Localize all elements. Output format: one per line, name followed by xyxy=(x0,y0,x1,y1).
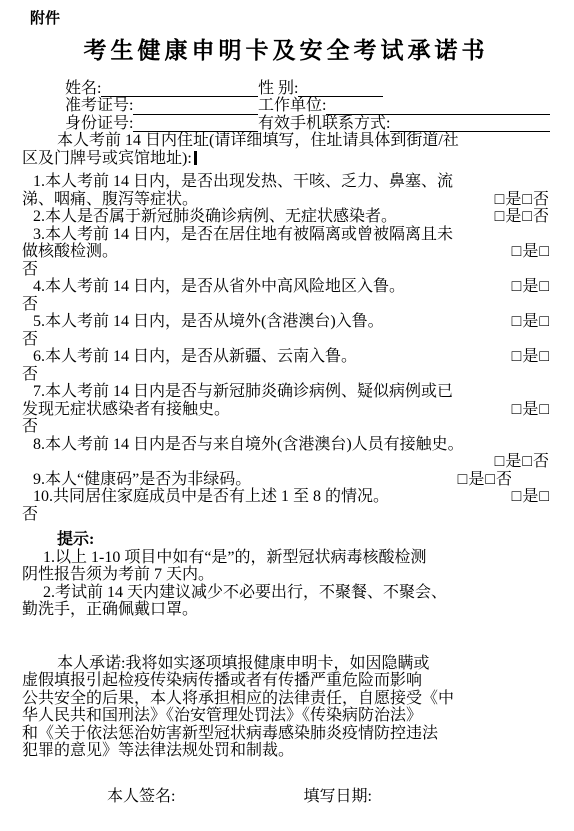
question-line-2: 2.本人是否属于新冠肺炎确诊病例、无症状感染者。□是□否 xyxy=(22,208,550,226)
pledge-line: 犯罪的意见》等法律法规处罚和制裁。 xyxy=(22,742,550,760)
yes-no-checkboxes-q4[interactable]: □是□ xyxy=(512,278,550,296)
phone-label: 有效手机联系方式: xyxy=(258,115,390,133)
work-unit-label: 工作单位: xyxy=(258,97,326,115)
question-text: 否 xyxy=(22,506,38,524)
question-line-3b: 做核酸检测。□是□ xyxy=(22,243,550,261)
ticket-number-field[interactable] xyxy=(133,100,258,115)
question-text: 做核酸检测。 xyxy=(22,243,118,261)
question-text: 发现无症状感染者有接触史。 xyxy=(22,401,230,419)
question-line-5b: 否 xyxy=(22,331,550,349)
question-text: 1.本人考前 14 日内，是否出现发热、干咳、乏力、鼻塞、流 xyxy=(33,173,453,191)
date-label[interactable]: 填写日期: xyxy=(303,788,371,806)
tips-heading: 提示: xyxy=(22,531,550,549)
pledge-line: 虚假填报引起检疫传染病传播或者有传播严重危险而影响 xyxy=(22,672,550,690)
yes-no-checkboxes-q6[interactable]: □是□ xyxy=(512,348,550,366)
form-row-name-gender: 姓名: 性 别: xyxy=(65,80,550,98)
form-row-id-phone: 身份证号: 有效手机联系方式: xyxy=(65,115,550,133)
document-page: 附件 考生健康申明卡及安全考试承诺书 姓名: 性 别: 准考证号: 工作单位: … xyxy=(0,0,574,831)
question-text: 9.本人“健康码”是否为非绿码。 xyxy=(33,471,251,489)
question-line-3a: 3.本人考前 14 日内，是否在居住地有被隔离或曾被隔离且未 xyxy=(22,226,550,244)
question-line-6a: 6.本人考前 14 日内，是否从新疆、云南入鲁。□是□ xyxy=(22,348,550,366)
yes-no-checkboxes-q10[interactable]: □是□ xyxy=(512,488,550,506)
id-number-field[interactable] xyxy=(133,117,258,132)
signature-label[interactable]: 本人签名: xyxy=(107,788,175,806)
question-line-9: 9.本人“健康码”是否为非绿码。□是□否 xyxy=(22,471,550,489)
yes-no-checkboxes-q5[interactable]: □是□ xyxy=(512,313,550,331)
question-text: 否 xyxy=(22,261,38,279)
question-line-10a: 10.共同居住家庭成员中是否有上述 1 至 8 的情况。□是□ xyxy=(22,488,550,506)
question-text: 4.本人考前 14 日内，是否从省外中高风险地区入鲁。 xyxy=(33,278,405,296)
question-line-7a: 7.本人考前 14 日内是否与新冠肺炎确诊病例、疑似病例或已 xyxy=(22,383,550,401)
question-text: 否 xyxy=(22,296,38,314)
question-text: 2.本人是否属于新冠肺炎确诊病例、无症状感染者。 xyxy=(33,208,397,226)
signature-row: 本人签名: 填写日期: xyxy=(22,788,550,806)
gender-label: 性 别: xyxy=(258,80,298,98)
question-line-1a: 1.本人考前 14 日内，是否出现发热、干咳、乏力、鼻塞、流 xyxy=(22,173,550,191)
form-row-ticket-work: 准考证号: 工作单位: xyxy=(65,97,550,115)
question-line-8a: 8.本人考前 14 日内是否与来自境外(含港澳台)人员有接触史。 xyxy=(22,436,550,454)
question-text: 8.本人考前 14 日内是否与来自境外(含港澳台)人员有接触史。 xyxy=(33,436,464,454)
yes-no-checkboxes-q7[interactable]: □是□ xyxy=(512,401,550,419)
question-line-4a: 4.本人考前 14 日内，是否从省外中高风险地区入鲁。□是□ xyxy=(22,278,550,296)
question-line-7c: 否 xyxy=(22,418,550,436)
address-label-line2[interactable]: 区及门牌号或宾馆地址): xyxy=(22,150,550,168)
ticket-number-label: 准考证号: xyxy=(65,97,133,115)
pledge-line: 本人承诺:我将如实逐项填报健康申明卡，如因隐瞒或 xyxy=(22,655,550,673)
question-text: 3.本人考前 14 日内，是否在居住地有被隔离或曾被隔离且未 xyxy=(33,226,453,244)
tip-line-2a: 2.考试前 14 天内建议减少不必要出行，不聚餐、不聚会、 xyxy=(22,584,550,602)
pledge-line: 华人民共和国刑法》《治安管理处罚法》《传染病防治法》 xyxy=(22,707,550,725)
question-text: 否 xyxy=(22,418,38,436)
address-label-text: 区及门牌号或宾馆地址): xyxy=(22,150,192,167)
attachment-label: 附件 xyxy=(22,10,550,28)
document-title: 考生健康申明卡及安全考试承诺书 xyxy=(22,36,550,66)
question-line-10b: 否 xyxy=(22,506,550,524)
name-label: 姓名: xyxy=(65,80,101,98)
personal-info-form: 姓名: 性 别: 准考证号: 工作单位: 身份证号: 有效手机联系方式: xyxy=(65,80,550,133)
question-line-1b: 涕、咽痛、腹泻等症状。□是□否 xyxy=(22,191,550,209)
text-cursor-caret xyxy=(194,151,197,165)
question-text: 否 xyxy=(22,331,38,349)
work-unit-field[interactable] xyxy=(326,100,550,115)
question-line-6b: 否 xyxy=(22,366,550,384)
yes-no-checkboxes-q2[interactable]: □是□否 xyxy=(495,208,550,226)
question-line-8b: □是□否 xyxy=(22,453,550,471)
name-field[interactable] xyxy=(101,82,258,97)
tip-line-1b: 阴性报告须为考前 7 天内。 xyxy=(22,566,550,584)
pledge-paragraph: 本人承诺:我将如实逐项填报健康申明卡，如因隐瞒或 虚假填报引起检疫传染病传播或者… xyxy=(22,655,550,760)
question-line-3c: 否 xyxy=(22,261,550,279)
question-list: 1.本人考前 14 日内，是否出现发热、干咳、乏力、鼻塞、流 涕、咽痛、腹泻等症… xyxy=(22,173,550,523)
signature-gap xyxy=(175,788,303,806)
pledge-line: 和《关于依法惩治妨害新型冠状病毒感染肺炎疫情防控违法 xyxy=(22,725,550,743)
tip-line-2b: 勤洗手，正确佩戴口罩。 xyxy=(22,601,550,619)
question-text: 6.本人考前 14 日内，是否从新疆、云南入鲁。 xyxy=(33,348,357,366)
yes-no-checkboxes-q3[interactable]: □是□ xyxy=(512,243,550,261)
pledge-line: 公共安全的后果，本人将承担相应的法律责任，自愿接受《中 xyxy=(22,690,550,708)
question-line-5a: 5.本人考前 14 日内，是否从境外(含港澳台)入鲁。□是□ xyxy=(22,313,550,331)
question-line-4b: 否 xyxy=(22,296,550,314)
phone-field[interactable] xyxy=(390,117,550,132)
address-label-line1: 本人考前 14 日内住址(请详细填写，住址请具体到街道/社 xyxy=(22,132,550,150)
yes-no-checkboxes-q9[interactable]: □是□否 xyxy=(458,471,550,489)
question-text: 10.共同居住家庭成员中是否有上述 1 至 8 的情况。 xyxy=(33,488,389,506)
question-text: 7.本人考前 14 日内是否与新冠肺炎确诊病例、疑似病例或已 xyxy=(33,383,453,401)
gender-field[interactable] xyxy=(298,82,383,97)
question-text: 5.本人考前 14 日内，是否从境外(含港澳台)入鲁。 xyxy=(33,313,384,331)
yes-no-checkboxes-q1[interactable]: □是□否 xyxy=(495,191,550,209)
id-number-label: 身份证号: xyxy=(65,115,133,133)
question-text: 否 xyxy=(22,366,38,384)
tip-line-1a: 1.以上 1-10 项目中如有“是”的，新型冠状病毒核酸检测 xyxy=(22,549,550,567)
question-line-7b: 发现无症状感染者有接触史。□是□ xyxy=(22,401,550,419)
yes-no-checkboxes-q8[interactable]: □是□否 xyxy=(495,453,550,471)
question-text: 涕、咽痛、腹泻等症状。 xyxy=(22,191,198,209)
